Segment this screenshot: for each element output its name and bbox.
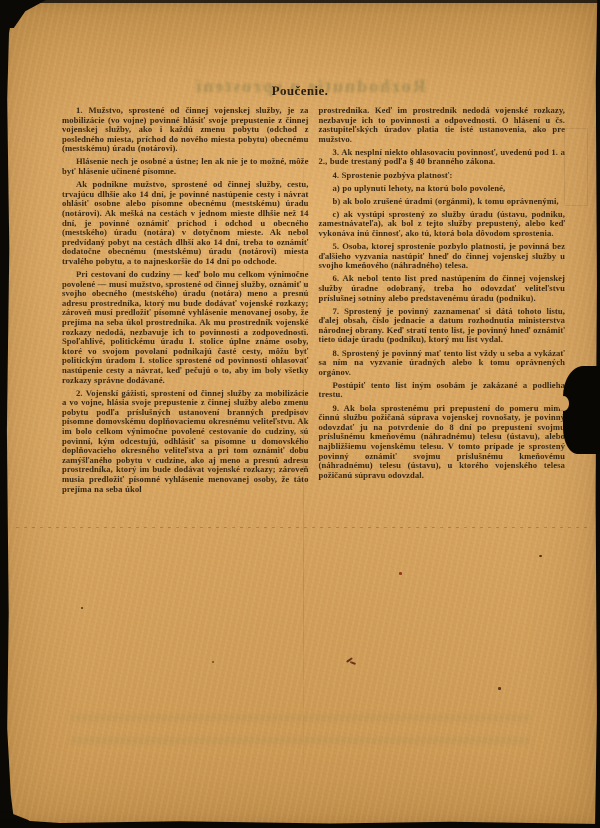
paragraph-item-3: 3. Ak nesplní niekto ohlasovaciu povinno… [319, 148, 566, 167]
page-title: Poučenie. [0, 83, 600, 99]
paragraph-item-4a: a) po uplynutí lehoty, na ktorú bolo pov… [319, 184, 566, 194]
paragraph-item-9: 9. Ak bola sprostenému pri prepustení do… [319, 404, 566, 481]
paper-speck [212, 661, 214, 663]
right-column: prostredníka. Keď im prostredník nedodá … [319, 106, 566, 498]
paper-speck [498, 687, 501, 690]
paragraph-item-8: 8. Sprostený je povinný mať tento list v… [319, 349, 566, 378]
perforation-line [16, 527, 592, 528]
scan-edge-top [0, 0, 600, 3]
show-through-band [70, 714, 530, 721]
paragraph-item-2: 2. Vojenskí gážisti, sprostení od činnej… [62, 389, 309, 495]
scan-corner-top-left [0, 0, 46, 28]
paragraph-postupit: Postúpiť tento list iným osobám je zakáz… [319, 381, 566, 400]
paper-scratch [350, 661, 356, 664]
torn-edge-blob [563, 366, 600, 454]
paragraph-item-1: 1. Mužstvo, sprostené od činnej vojenske… [62, 106, 309, 154]
scan-edge-bottom [0, 819, 600, 828]
paragraph-cudzina: Pri cestovaní do cudziny — keď bolo mu c… [62, 270, 309, 385]
show-through-band [70, 737, 530, 744]
paragraph-item-5: 5. Osoba, ktorej sprostenie pozbylo plat… [319, 242, 566, 271]
paragraph-item-7: 7. Sprostený je povinný zaznamenať si dá… [319, 307, 566, 345]
show-through-stamp [564, 128, 588, 206]
text-columns: 1. Mužstvo, sprostené od činnej vojenske… [62, 106, 565, 498]
scan-edge-left [0, 0, 15, 828]
paragraph-item-4c: c) ak vystúpi sprostený zo služby úradu … [319, 210, 566, 239]
paragraph-item-4b: b) ak bolo zrušené úradmi (orgánmi), k t… [319, 197, 566, 207]
paragraph-cesty: Ak podnikne mužstvo, sprostené od činnej… [62, 180, 309, 266]
paragraph-hlasenie: Hlásenie nech je osobné a ústne; len ak … [62, 157, 309, 176]
paper-speck [81, 607, 83, 609]
paragraph-item-6: 6. Ak nebol tento list pred nastúpením d… [319, 274, 566, 303]
left-column: 1. Mužstvo, sprostené od činnej vojenske… [62, 106, 309, 498]
paper-speck [399, 572, 402, 575]
paper-speck [539, 555, 542, 557]
scanned-document-page: Rozhodnutie o sprostení Poučenie. 1. Muž… [0, 0, 600, 828]
paragraph-item-4: 4. Sprostenie pozbýva platnosť: [319, 171, 566, 181]
paragraph-continuation: prostredníka. Keď im prostredník nedodá … [319, 106, 566, 144]
